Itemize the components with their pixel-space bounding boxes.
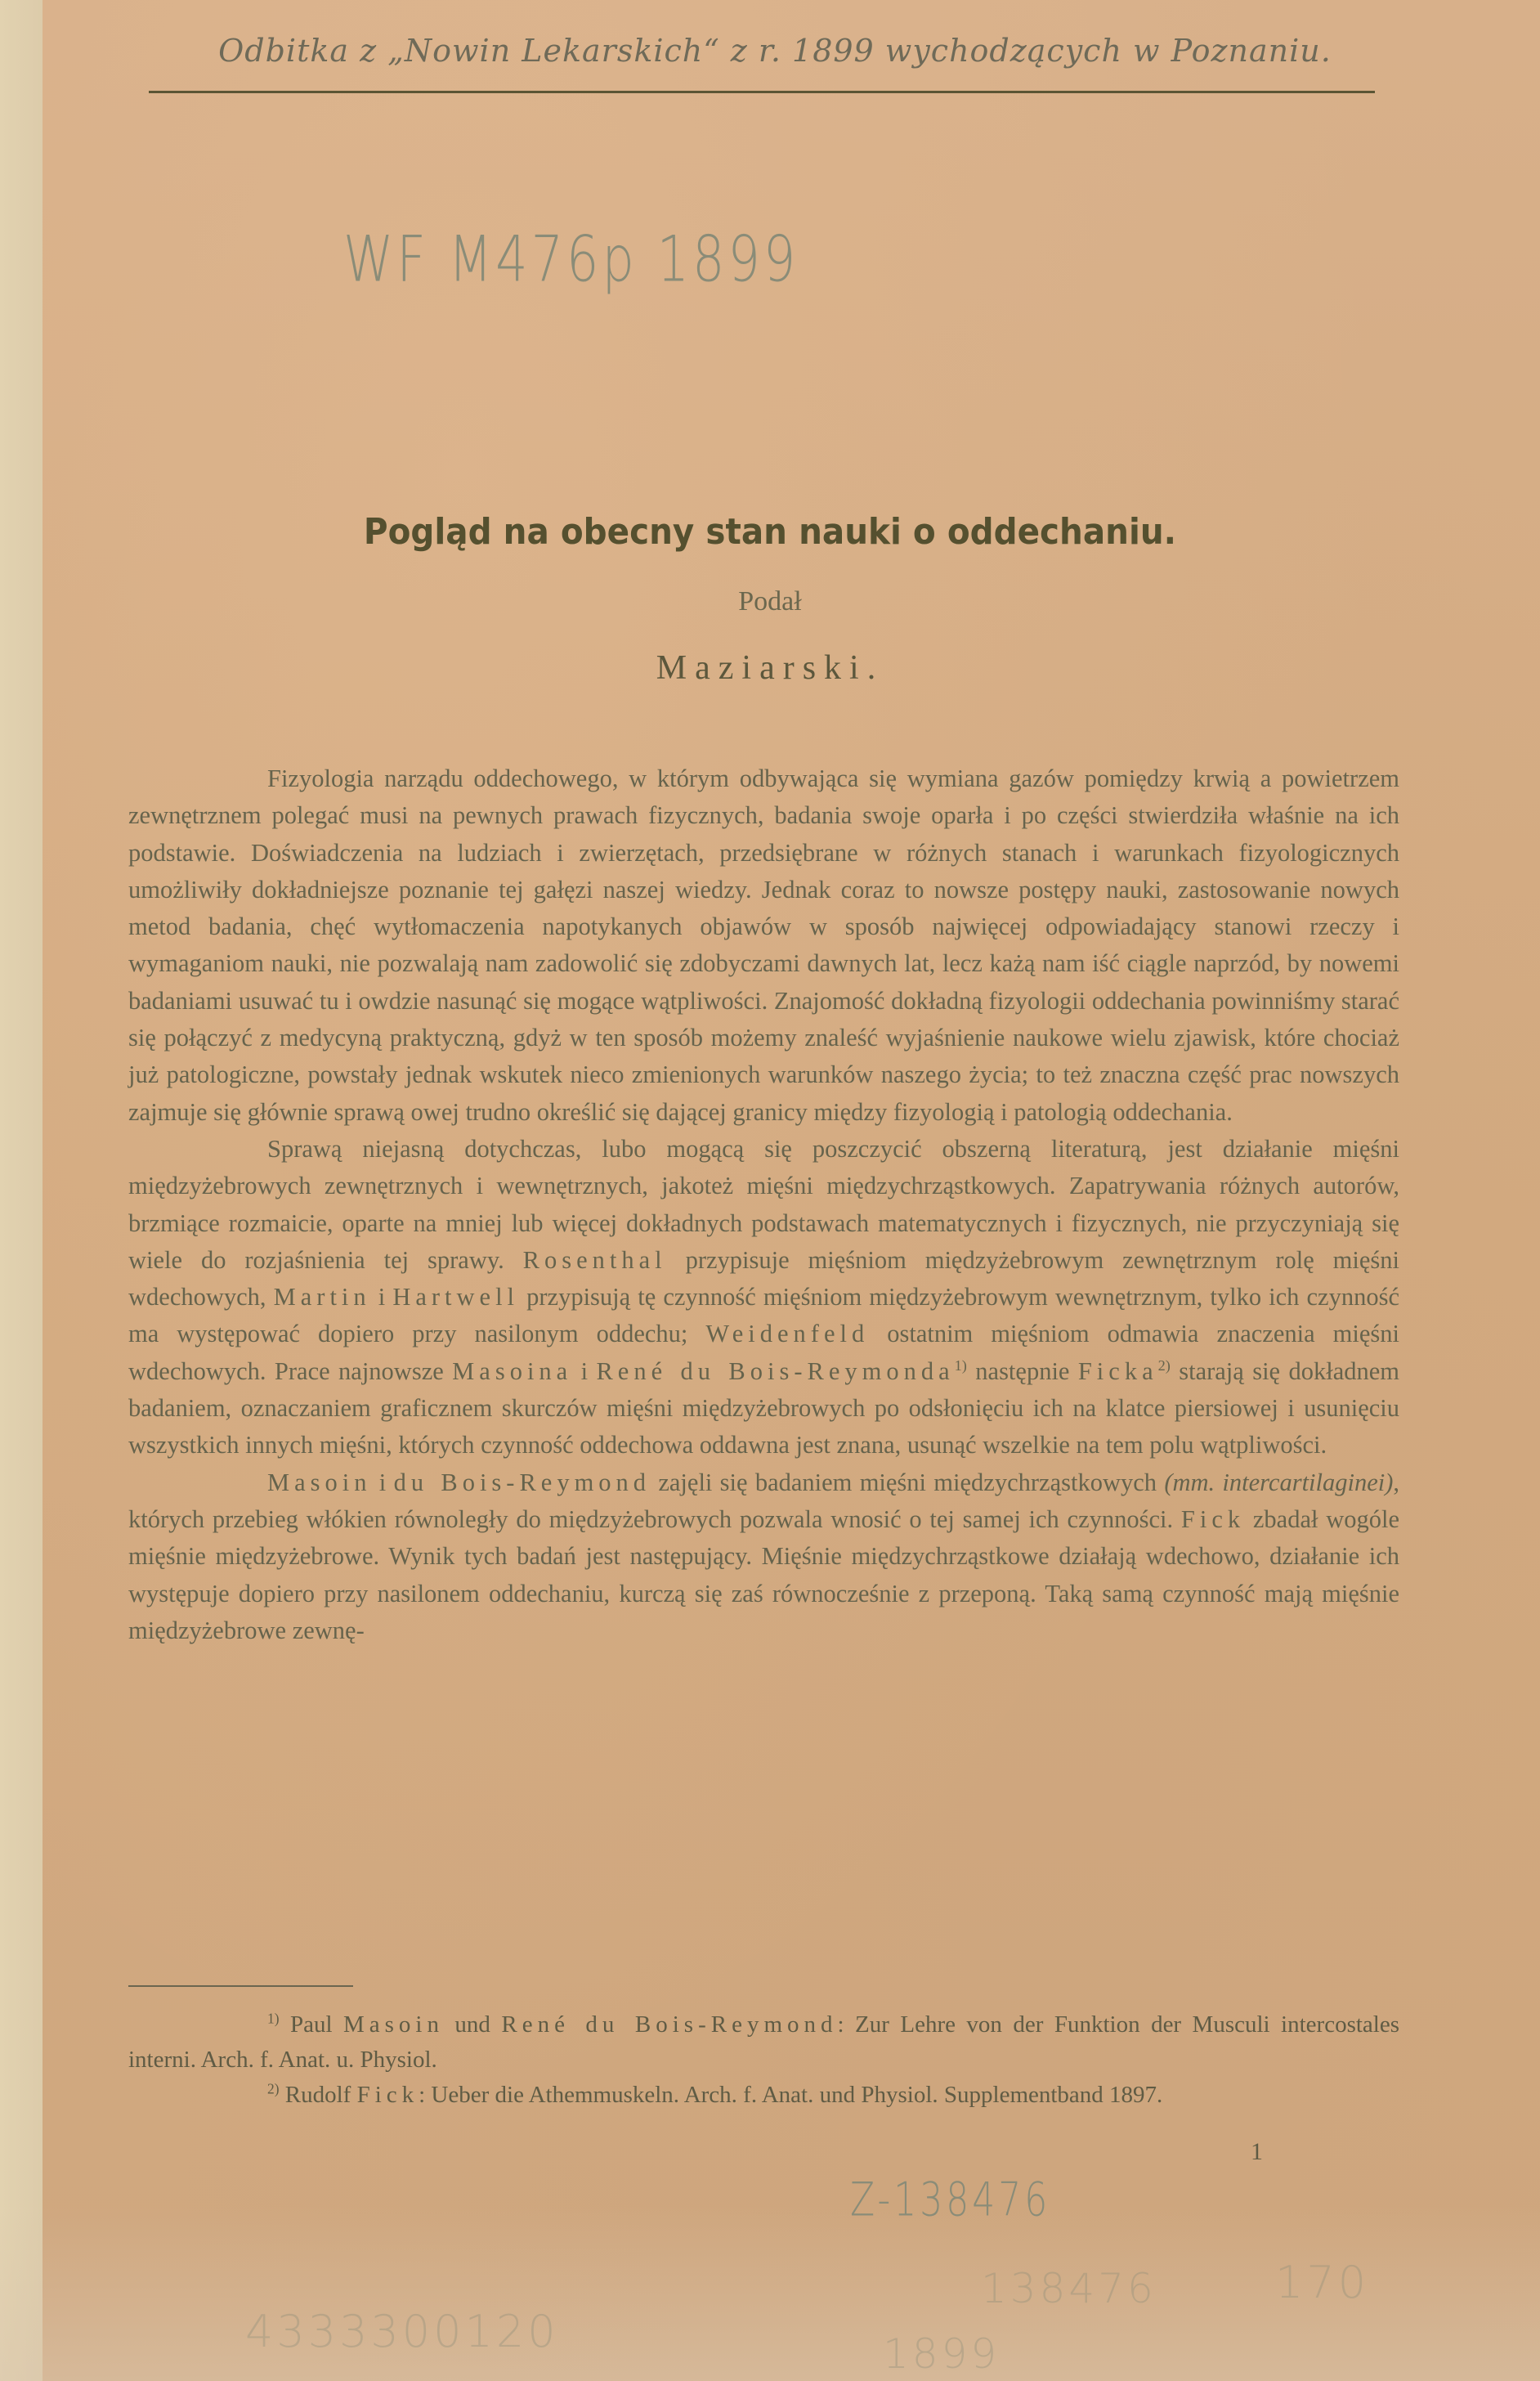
text-run: Weidenfeld [705, 1320, 869, 1347]
text-run: Fick [1181, 1505, 1245, 1533]
text-run: (mm. intercartilaginei) [1164, 1469, 1393, 1496]
text-run: i [572, 1357, 596, 1385]
footnote-marker: 2) [267, 2080, 280, 2096]
footnotes: 1) Paul Masoin und René du Bois-Reymond:… [128, 2007, 1399, 2113]
footnote-rule [128, 1985, 353, 1987]
text-run: Masoin [267, 1469, 372, 1496]
article-title: Pogląd na obecny stan nauki o oddechaniu… [212, 511, 1327, 553]
text-run: zajęli się badaniem mięśni międzychrząst… [651, 1469, 1164, 1496]
accession-number-handwritten: Z-138476 [850, 2172, 1050, 2226]
text-run: następnie [967, 1357, 1078, 1385]
text-run: Martin [274, 1283, 371, 1311]
text-run: i [371, 1283, 393, 1311]
text-run: René du Bois-Reymond [501, 2011, 837, 2038]
text-run: Fizyologia narządu oddechowego, w którym… [128, 765, 1399, 1126]
page-edge [0, 0, 43, 2381]
footnote-marker: 1) [267, 2010, 280, 2026]
footnote: 2) Rudolf Fick: Ueber die Athemmuskeln. … [128, 2078, 1399, 2113]
text-run: und [444, 2011, 501, 2038]
paragraph: Fizyologia narządu oddechowego, w którym… [128, 760, 1399, 1131]
text-run: Ficka [1078, 1357, 1158, 1385]
text-run: : Ueber die Athemmuskeln. Arch. f. Anat.… [419, 2082, 1162, 2108]
header-rule [149, 91, 1375, 93]
call-number-handwritten: WF M476p 1899 [343, 222, 799, 296]
scanned-page: Odbitka z „Nowin Lekarskich“ z r. 1899 w… [0, 0, 1540, 2381]
offprint-header: Odbitka z „Nowin Lekarskich“ z r. 1899 w… [178, 33, 1372, 69]
text-run: i [372, 1469, 394, 1496]
paragraph: Sprawą niejasną dotychczas, lubo mogącą … [128, 1131, 1399, 1464]
article-body: Fizyologia narządu oddechowego, w którym… [128, 760, 1399, 1649]
faint-stamp: 4333300120 [245, 2306, 559, 2357]
paragraph: Masoin i du Bois-Reymond zajęli się bada… [128, 1464, 1399, 1649]
text-run: Masoina [452, 1357, 572, 1385]
faint-stamp: 170 [1275, 2257, 1369, 2308]
text-run: Rudolf [280, 2082, 357, 2108]
footnote-marker: 1) [955, 1357, 967, 1374]
page-number: 1 [1251, 2138, 1263, 2166]
faint-stamp: 1899 [883, 2330, 1000, 2378]
text-run: Hartwell [392, 1283, 519, 1311]
text-run: du Bois-Reymond [394, 1469, 651, 1496]
byline: Podał [163, 586, 1377, 617]
text-run: Rosenthal [523, 1246, 667, 1274]
text-run: Paul [280, 2011, 343, 2038]
text-run: Fick [357, 2082, 419, 2108]
text-run: Masoin [343, 2011, 444, 2038]
footnote: 1) Paul Masoin und René du Bois-Reymond:… [128, 2007, 1399, 2078]
text-run: René du Bois-Reymonda [596, 1357, 954, 1385]
author-name: Maziarski. [163, 648, 1377, 688]
faint-stamp: 138476 [981, 2265, 1157, 2312]
footnote-marker: 2) [1158, 1357, 1171, 1374]
